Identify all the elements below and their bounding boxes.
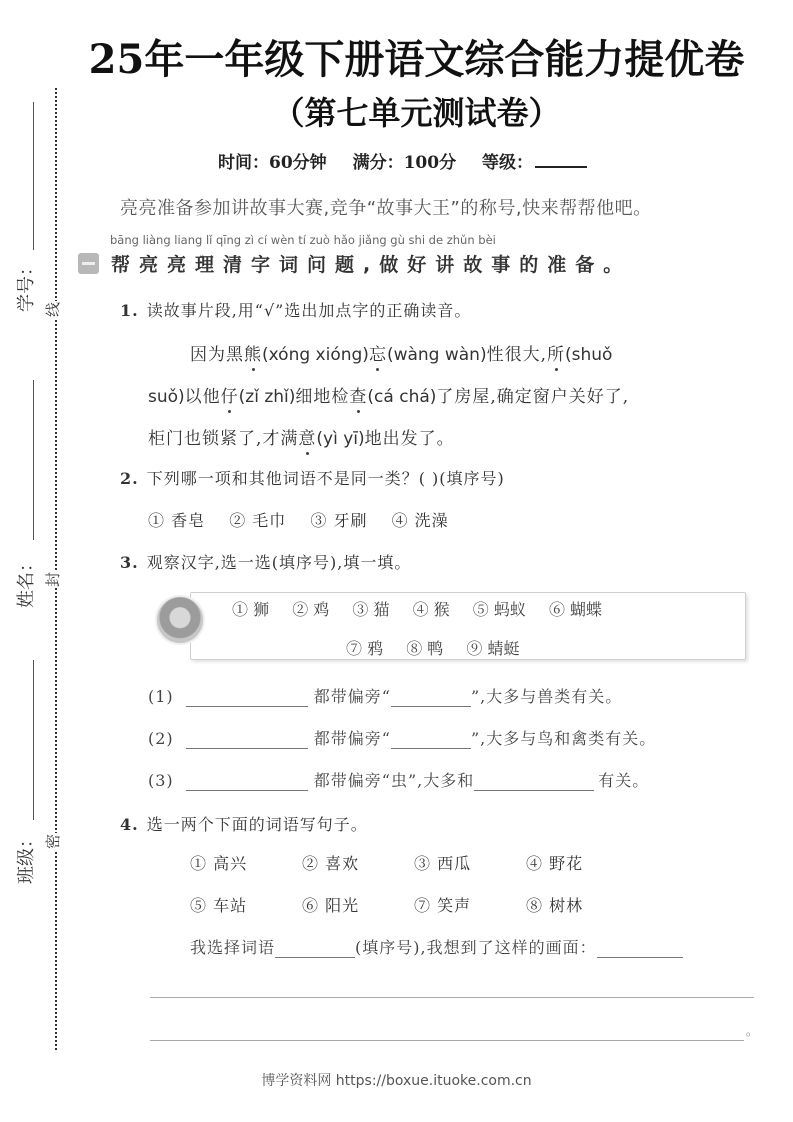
char-option: ⑤ 蚂蚁 (473, 600, 526, 619)
question-prompt: 观察汉字,选一选(填序号),填一填。 (147, 553, 412, 572)
word-option: ① 高兴 (190, 851, 302, 874)
class-label: 班级： (12, 830, 38, 884)
page-title: 25年一年级下册语文综合能力提优卷 (0, 28, 793, 85)
grade-label: 等级： (482, 153, 533, 173)
question-number: 2. (120, 469, 139, 488)
answer-blank[interactable] (186, 773, 308, 791)
section-pinyin: bāng liàng liang lǐ qīng zì cí wèn tí zu… (110, 233, 496, 247)
page-subtitle: （第七单元测试卷） (0, 88, 793, 134)
full-score: 满分：100分 (353, 153, 457, 173)
pinyin-choice[interactable]: (cá chá) (367, 387, 436, 407)
answer-blank[interactable] (186, 731, 308, 749)
seal-secret-char: 密 (42, 833, 63, 850)
char-option: ① 狮 (232, 600, 269, 619)
word-option: ⑤ 车站 (190, 893, 302, 916)
option[interactable]: ③ 牙刷 (310, 511, 367, 530)
exam-meta: 时间：60分钟 满分：100分 等级： (218, 148, 607, 173)
seal-seal-char: 封 (42, 571, 63, 588)
question-prompt: 下列哪一项和其他词语不是同一类？( )(填序号) (147, 469, 505, 488)
writing-line-2[interactable] (150, 1040, 744, 1041)
word-option: ② 喜欢 (302, 851, 414, 874)
question-number: 3. (120, 553, 139, 572)
intro-text: 亮亮准备参加讲故事大赛,竞争“故事大王”的称号,快来帮帮他吧。 (120, 194, 652, 220)
grade-blank[interactable] (535, 152, 587, 168)
dotted-char: 查 (349, 387, 367, 407)
pinyin-choice[interactable]: suǒ) (148, 387, 185, 407)
passage-line-3: 柜门也锁紧了,才满意(yì yī)地出发了。 (148, 424, 455, 449)
section-one-icon (78, 253, 99, 274)
char-option: ⑥ 蝴蝶 (549, 600, 602, 619)
binding-dotted-line (55, 88, 57, 1050)
answer-blank[interactable] (391, 731, 471, 749)
seal-line-char: 线 (42, 301, 63, 318)
answer-blank[interactable] (474, 773, 594, 791)
name-blank[interactable] (33, 380, 34, 540)
dotted-char: 意 (298, 429, 316, 449)
pinyin-choice[interactable]: (xóng xióng) (262, 345, 369, 365)
pinyin-choice[interactable]: (wàng wàn) (387, 345, 487, 365)
pinyin-choice[interactable]: (zǐ zhǐ) (239, 387, 296, 407)
word-option: ③ 西瓜 (414, 851, 526, 874)
dotted-char: 仔 (221, 387, 239, 407)
sentence-answer-row: 我选择词语(填序号),我想到了这样的画面： (190, 935, 683, 958)
char-option: ② 鸡 (292, 600, 329, 619)
dotted-char: 所 (547, 345, 565, 365)
end-mark: 。 (746, 1022, 758, 1039)
char-option: ④ 猴 (413, 600, 450, 619)
passage-line-2: suǒ)以他仔(zǐ zhǐ)细地检查(cá chá)了房屋,确定窗户关好了, (148, 382, 629, 407)
word-option: ⑥ 阳光 (302, 893, 414, 916)
section-title: 帮亮亮理清字词问题,做好讲故事的准备。 (111, 250, 631, 277)
pinyin-choice[interactable]: (yì yī) (316, 429, 364, 449)
question-4: 4.选一两个下面的词语写句子。 (120, 812, 368, 835)
pinyin-choice[interactable]: (shuǒ (565, 345, 612, 365)
q2-options: ① 香皂 ② 毛巾 ③ 牙刷 ④ 洗澡 (148, 508, 467, 531)
writing-line-1[interactable] (150, 997, 754, 998)
class-blank[interactable] (33, 660, 34, 820)
char-option: ⑧ 鸭 (406, 639, 443, 658)
dotted-char: 忘 (369, 345, 387, 365)
word-option: ⑧ 树林 (526, 896, 583, 915)
question-2: 2.下列哪一项和其他词语不是同一类？( )(填序号) (120, 466, 505, 489)
answer-blank[interactable] (186, 689, 308, 707)
student-id-label: 学号： (12, 258, 38, 312)
word-options-row-1: ① 高兴② 喜欢③ 西瓜④ 野花 (190, 851, 583, 874)
fill-item-3: (3) 都带偏旁“虫”,大多和有关。 (148, 768, 649, 791)
character-options-row-2: ⑦ 鸦 ⑧ 鸭 ⑨ 蜻蜓 (346, 636, 537, 659)
fill-item-2: (2) 都带偏旁“”,大多与鸟和禽类有关。 (148, 726, 656, 749)
question-prompt: 读故事片段,用“√”选出加点字的正确读音。 (147, 301, 472, 320)
word-option: ⑦ 笑声 (414, 893, 526, 916)
section-heading: 帮亮亮理清字词问题,做好讲故事的准备。 (78, 250, 631, 277)
question-prompt: 选一两个下面的词语写句子。 (147, 815, 368, 834)
char-option: ⑨ 蜻蜓 (466, 639, 519, 658)
footer-watermark: 博学资料网 https://boxue.ituoke.com.cn (0, 1070, 793, 1090)
word-number-blank[interactable] (275, 940, 355, 958)
lion-avatar-icon (155, 595, 205, 645)
option[interactable]: ② 毛巾 (229, 511, 286, 530)
option[interactable]: ④ 洗澡 (392, 511, 449, 530)
character-options-row-1: ① 狮 ② 鸡 ③ 猫 ④ 猴 ⑤ 蚂蚁 ⑥ 蝴蝶 (232, 597, 620, 620)
question-number: 4. (120, 815, 139, 834)
passage-line-1: 因为黑熊(xóng xióng)忘(wàng wàn)性很大,所(shuǒ (190, 340, 612, 365)
dotted-char: 熊 (244, 345, 262, 365)
char-option: ⑦ 鸦 (346, 639, 383, 658)
question-number: 1. (120, 301, 139, 320)
option[interactable]: ① 香皂 (148, 511, 205, 530)
fill-item-1: (1) 都带偏旁“”,大多与兽类有关。 (148, 684, 622, 707)
answer-blank[interactable] (391, 689, 471, 707)
word-option: ④ 野花 (526, 854, 583, 873)
sentence-blank[interactable] (597, 940, 683, 958)
time-limit: 时间：60分钟 (218, 153, 327, 173)
char-option: ③ 猫 (352, 600, 389, 619)
question-1: 1.读故事片段,用“√”选出加点字的正确读音。 (120, 298, 471, 321)
name-label: 姓名： (12, 554, 38, 608)
word-options-row-2: ⑤ 车站⑥ 阳光⑦ 笑声⑧ 树林 (190, 893, 583, 916)
question-3: 3.观察汉字,选一选(填序号),填一填。 (120, 550, 411, 573)
